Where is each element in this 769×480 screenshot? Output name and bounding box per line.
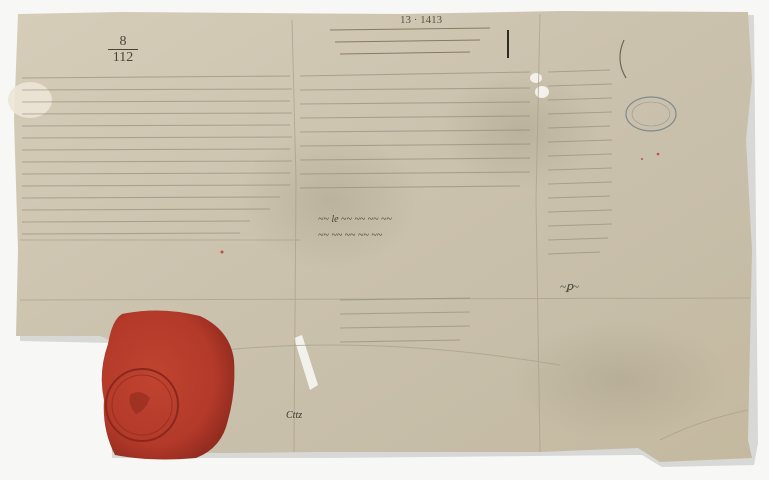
shelfmark-denominator: 112 <box>108 49 138 65</box>
photograph: 8 112 13 · 1413 ~~ le ~~ ~~ ~~ ~~ ~~ ~~ … <box>0 0 769 480</box>
paraph-mark: ~ꝑ~ <box>560 280 579 293</box>
shelfmark-numerator: 8 <box>108 34 138 49</box>
shelfmark: 8 112 <box>108 34 138 65</box>
endorsement-line: ~~ ~~ ~~ ~~ ~~ <box>318 228 392 244</box>
wax-seal <box>102 310 235 459</box>
endorsement-line: ~~ le ~~ ~~ ~~ ~~ <box>318 212 392 228</box>
date-note: 13 · 1413 <box>400 14 442 26</box>
seal-side-note: Cttz <box>286 410 302 421</box>
endorsement-text: ~~ le ~~ ~~ ~~ ~~ ~~ ~~ ~~ ~~ ~~ <box>318 212 392 244</box>
